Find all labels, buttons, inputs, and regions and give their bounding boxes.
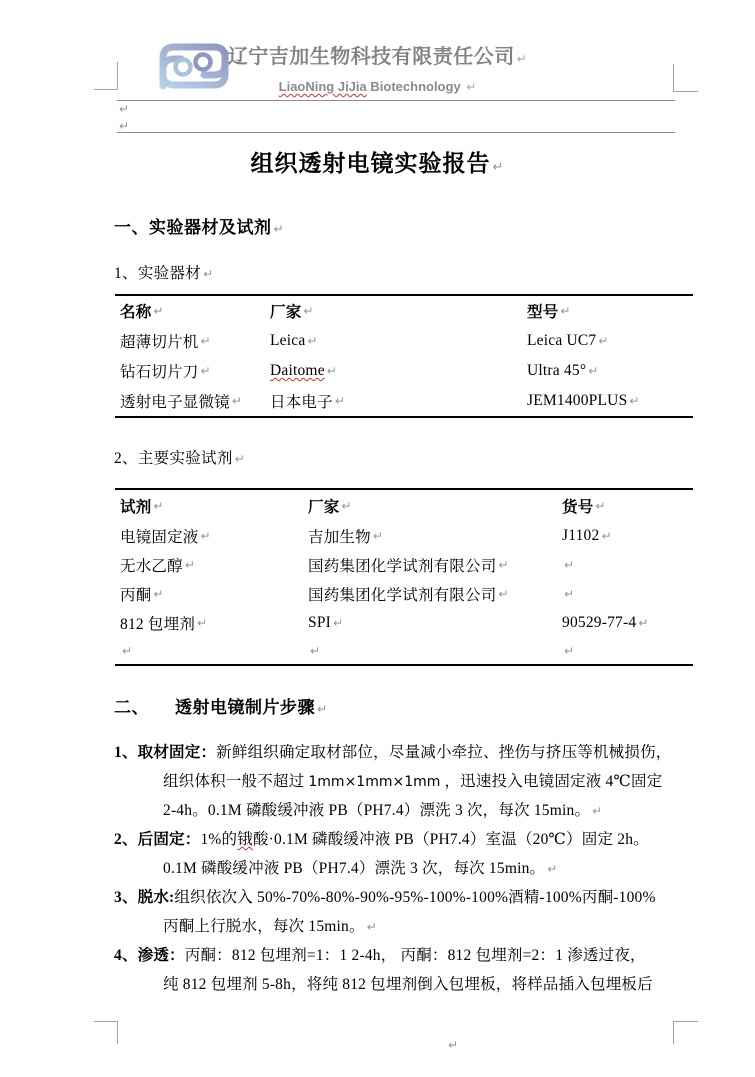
pilcrow-mark: ↵	[327, 364, 337, 378]
step-1-line-2: 组织体积一般不超过 1mm×1mm×1mm ，迅速投入电镜固定液 4℃固定	[114, 767, 714, 796]
table-cell: ↵	[115, 638, 303, 664]
table-cell: 日本电子↵	[265, 386, 522, 416]
table-header-cell: 试剂↵	[115, 490, 303, 522]
header-rule-2	[117, 132, 675, 133]
company-name-text: 辽宁吉加生物科技有限责任公司	[228, 46, 515, 68]
step-2-line-1: 2、后固定：1%的锇酸·0.1M 磷酸缓冲液 PB（PH7.4）室温（20℃）固…	[114, 825, 714, 854]
table-cell: ↵	[557, 550, 693, 579]
pilcrow-mark: ↵	[333, 616, 343, 630]
reagents-table: 试剂↵ 厂家↵ 货号↵ 电镜固定液↵ 吉加生物↵ J1102↵ 无水乙醇↵ 国药…	[115, 488, 693, 666]
step-4-line-1: 4、渗透：丙酮：812 包埋剂=1：1 2-4h， 丙酮：812 包埋剂=2：1…	[114, 941, 714, 970]
pilcrow-mark: ↵	[201, 334, 211, 348]
report-title: 组织透射电镜实验报告↵	[0, 149, 755, 183]
pilcrow-mark: ↵	[592, 804, 602, 818]
header-rule-1	[117, 100, 675, 101]
crop-mark-bottom-left	[94, 1021, 118, 1044]
pilcrow-mark: ↵	[232, 394, 242, 408]
pilcrow-mark: ↵	[153, 499, 163, 513]
table-cell: 无水乙醇↵	[115, 550, 303, 579]
table-cell: 丙酮↵	[115, 579, 303, 608]
table-header-cell: 名称↵	[115, 296, 265, 326]
pilcrow-mark: ↵	[185, 558, 195, 572]
equipment-table: 名称↵ 厂家↵ 型号↵ 超薄切片机↵ Leica↵ Leica UC7↵ 钻石切…	[115, 294, 693, 418]
section1-heading: 一、实验器材及试剂↵	[114, 213, 284, 238]
pilcrow-mark: ↵	[598, 334, 608, 348]
pilcrow-mark: ↵	[601, 529, 611, 543]
table-cell: Daitome↵	[265, 356, 522, 386]
table-cell: SPI↵	[303, 608, 557, 638]
footer-pilcrow-mark: ↵	[446, 1036, 458, 1054]
table-cell: 超薄切片机↵	[115, 326, 265, 356]
pilcrow-mark: ↵	[117, 100, 129, 118]
pilcrow-mark: ↵	[367, 920, 377, 934]
pilcrow-mark: ↵	[547, 862, 557, 876]
step-2-line-2: 0.1M 磷酸缓冲液 PB（PH7.4）漂洗 3 次，每次 15min。↵	[114, 854, 714, 883]
table-cell: JEM1400PLUS↵	[522, 386, 693, 416]
pilcrow-mark: ↵	[201, 364, 211, 378]
pilcrow-mark: ↵	[274, 222, 285, 236]
table-cell: ↵	[557, 579, 693, 608]
spellcheck-flagged-text: Daitome	[270, 362, 325, 380]
pilcrow-mark: ↵	[203, 267, 213, 281]
table-cell: Ultra 45°↵	[522, 356, 693, 386]
pilcrow-mark: ↵	[629, 394, 639, 408]
pilcrow-mark: ↵	[564, 644, 574, 658]
pilcrow-mark: ↵	[335, 394, 345, 408]
equipment-heading: 1、实验器材↵	[114, 261, 213, 283]
pilcrow-mark: ↵	[201, 529, 211, 543]
pilcrow-mark: ↵	[373, 529, 383, 543]
crop-mark-bottom-right	[673, 1021, 698, 1044]
table-header-cell: 型号↵	[522, 296, 693, 326]
word-document-page: 辽宁吉加生物科技有限责任公司↵ LiaoNing JiJia Biotechno…	[0, 0, 755, 1077]
company-name-en-rest: Biotechnology	[367, 79, 465, 94]
pilcrow-mark: ↵	[197, 616, 207, 630]
spellcheck-flagged-text: 锇	[237, 831, 253, 848]
step-4-line-2: 纯 812 包埋剂 5-8h，将纯 812 包埋剂倒入包埋板，将样品插入包埋板后	[114, 970, 714, 999]
table-header-cell: 厂家↵	[265, 296, 522, 326]
step-3-line-2: 丙酮上行脱水，每次 15min。↵	[114, 912, 714, 941]
table-cell: ↵	[557, 638, 693, 664]
table-cell: 国药集团化学试剂有限公司↵	[303, 550, 557, 579]
table-cell: Leica UC7↵	[522, 326, 693, 356]
table-cell: J1102↵	[557, 522, 693, 550]
company-name-en: LiaoNing JiJia Biotechnology ↵	[0, 79, 755, 95]
pilcrow-mark: ↵	[466, 80, 476, 94]
step-3-line-1: 3、脱水:组织依次入 50%-70%-80%-90%-95%-100%-100%…	[114, 883, 714, 912]
pilcrow-mark: ↵	[493, 160, 505, 175]
table-cell: 电镜固定液↵	[115, 522, 303, 550]
pilcrow-mark: ↵	[564, 587, 574, 601]
table-cell: 90529-77-4↵	[557, 608, 693, 638]
step-1-line-1: 1、取材固定：新鲜组织确定取材部位，尽量减小牵拉、挫伤与挤压等机械损伤，	[114, 738, 714, 767]
procedure-steps: 1、取材固定：新鲜组织确定取材部位，尽量减小牵拉、挫伤与挤压等机械损伤， 组织体…	[114, 738, 714, 999]
specimen-dimensions: 1mm×1mm×1mm	[308, 774, 440, 790]
pilcrow-mark: ↵	[310, 644, 320, 658]
table-cell: ↵	[303, 638, 557, 664]
reagents-heading: 2、主要实验试剂↵	[114, 446, 245, 468]
pilcrow-mark: ↵	[317, 702, 328, 716]
table-header-cell: 厂家↵	[303, 490, 557, 522]
table-cell: 钻石切片刀↵	[115, 356, 265, 386]
pilcrow-mark: ↵	[564, 558, 574, 572]
pilcrow-mark: ↵	[595, 499, 605, 513]
company-name: 辽宁吉加生物科技有限责任公司↵	[0, 44, 755, 72]
pilcrow-mark: ↵	[122, 644, 132, 658]
pilcrow-mark: ↵	[153, 587, 163, 601]
table-header-cell: 货号↵	[557, 490, 693, 522]
pilcrow-mark: ↵	[498, 558, 508, 572]
pilcrow-mark: ↵	[517, 52, 528, 66]
pilcrow-mark: ↵	[307, 334, 317, 348]
table-cell: 吉加生物↵	[303, 522, 557, 550]
section2-heading: 二、透射电镜制片步骤↵	[114, 693, 328, 718]
pilcrow-mark: ↵	[341, 499, 351, 513]
pilcrow-mark: ↵	[498, 587, 508, 601]
pilcrow-mark: ↵	[235, 452, 245, 466]
table-cell: 812 包埋剂↵	[115, 608, 303, 638]
pilcrow-mark: ↵	[638, 616, 648, 630]
pilcrow-mark: ↵	[303, 304, 313, 318]
table-cell: 透射电子显微镜↵	[115, 386, 265, 416]
step-1-line-3: 2-4h。0.1M 磷酸缓冲液 PB（PH7.4）漂洗 3 次，每次 15min…	[114, 796, 714, 825]
pilcrow-mark: ↵	[588, 364, 598, 378]
section2-number: 二、	[114, 693, 175, 718]
table-cell: Leica↵	[265, 326, 522, 356]
pilcrow-mark: ↵	[153, 304, 163, 318]
section2-title: 透射电镜制片步骤	[175, 698, 315, 717]
pilcrow-mark: ↵	[560, 304, 570, 318]
table-cell: 国药集团化学试剂有限公司↵	[303, 579, 557, 608]
company-name-en-flagged: LiaoNing JiJia	[279, 79, 367, 94]
